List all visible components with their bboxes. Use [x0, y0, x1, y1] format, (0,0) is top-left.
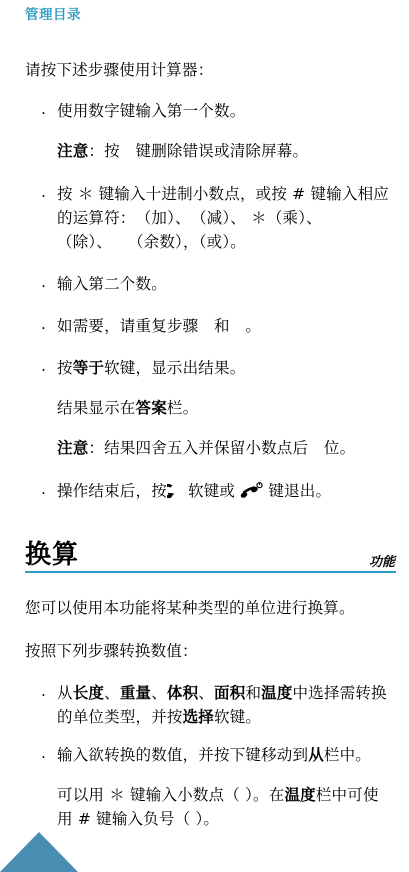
- conv-note: 可以用 ＊ 键输入小数点（ ）。在温度栏中可使 用 # 键输入负号（ ）。: [57, 783, 401, 831]
- page-header: 管理目录: [25, 3, 81, 23]
- calc-step-2: . 按 ＊ 键输入十进制小数点，或按 # 键输入相应 的运算符： （加）、 （减…: [25, 182, 401, 254]
- step-text: 使用数字键输入第一个数。: [57, 102, 245, 120]
- step-text-line: 的运算符： （加）、 （减）、 ＊（乘）、: [57, 206, 401, 230]
- end-call-key-icon: [240, 482, 263, 500]
- calc-step-4: . 如需要，请重复步骤 和 。: [25, 314, 401, 338]
- note-text-line: 可以用 ＊ 键输入小数点（ ）。在温度栏中可使: [57, 783, 401, 807]
- step-text: 键退出。: [263, 482, 331, 500]
- step-text: 软键或: [183, 482, 240, 500]
- step-text: 软键，显示出结果。: [104, 359, 245, 377]
- step-text: 输入第二个数。: [57, 275, 167, 293]
- calc-note-2: 注意：结果四舍五入并保留小数点后 位。: [57, 436, 401, 460]
- step-text-line: 从长度、重量、体积、面积和温度中选择需转换: [57, 681, 401, 705]
- step-text: 如需要，请重复步骤 和 。: [57, 317, 261, 335]
- menu-option: 面积: [214, 684, 245, 702]
- softkey-name: 选择: [183, 708, 214, 726]
- calc-step-6: . 操作结束后，按 软键或 键退出。: [25, 479, 401, 503]
- field-name: 答案: [136, 399, 167, 417]
- list-bullet: .: [41, 477, 46, 501]
- note-label: 注意: [57, 439, 88, 457]
- step-text-line: （除）、 （余数），（或）。: [57, 230, 401, 254]
- result-text: 结果显示在: [57, 399, 136, 417]
- step-text: 操作结束后，按: [57, 482, 167, 500]
- conv-step-2: . 输入欲转换的数值，并按下键移动到从栏中。: [25, 743, 401, 767]
- list-bullet: .: [41, 97, 46, 121]
- list-bullet: .: [41, 270, 46, 294]
- menu-option: 体积: [167, 684, 198, 702]
- menu-option: 温度: [261, 684, 292, 702]
- calc-intro: 请按下述步骤使用计算器：: [25, 58, 399, 82]
- conv-steps-intro: 按照下列步骤转换数值：: [25, 639, 399, 663]
- list-bullet: .: [41, 180, 46, 204]
- note-text-line: 用 # 键输入负号（ ）。: [57, 807, 401, 831]
- menu-option: 重量: [120, 684, 151, 702]
- step-text-line: 按 ＊ 键输入十进制小数点，或按 # 键输入相应: [57, 182, 401, 206]
- calc-step-1: . 使用数字键输入第一个数。: [25, 99, 401, 123]
- note-text: ：结果四舍五入并保留小数点后 位。: [88, 439, 355, 457]
- list-bullet: .: [41, 354, 46, 378]
- note-text: ：按 键删除错误或清除屏幕。: [88, 142, 308, 160]
- field-name: 从: [308, 746, 324, 764]
- calc-result-line: 结果显示在答案栏。: [57, 396, 401, 420]
- softkey-name: 等于: [73, 359, 104, 377]
- list-bullet: .: [41, 679, 46, 703]
- result-text: 栏。: [167, 399, 198, 417]
- corner-triangle-decoration: [0, 832, 78, 872]
- conv-intro: 您可以使用本功能将某种类型的单位进行换算。: [25, 596, 399, 620]
- note-label: 注意: [57, 142, 88, 160]
- step-text: 按: [57, 359, 73, 377]
- calc-step-3: . 输入第二个数。: [25, 272, 401, 296]
- menu-option: 长度: [73, 684, 104, 702]
- section-type-tag: 功能: [369, 551, 395, 570]
- conv-step-1: . 从长度、重量、体积、面积和温度中选择需转换 的单位类型，并按选择软键。: [25, 681, 401, 729]
- list-bullet: .: [41, 312, 46, 336]
- calc-step-5: . 按等于软键，显示出结果。: [25, 356, 401, 380]
- section-title: 换算: [25, 534, 79, 571]
- back-softkey-icon: [167, 482, 183, 500]
- step-text-line: 的单位类型，并按选择软键。: [57, 705, 401, 729]
- list-bullet: .: [41, 741, 46, 765]
- calc-note-1: 注意：按 键删除错误或清除屏幕。: [57, 139, 401, 163]
- field-name: 温度: [284, 786, 315, 804]
- section-divider: [25, 571, 396, 573]
